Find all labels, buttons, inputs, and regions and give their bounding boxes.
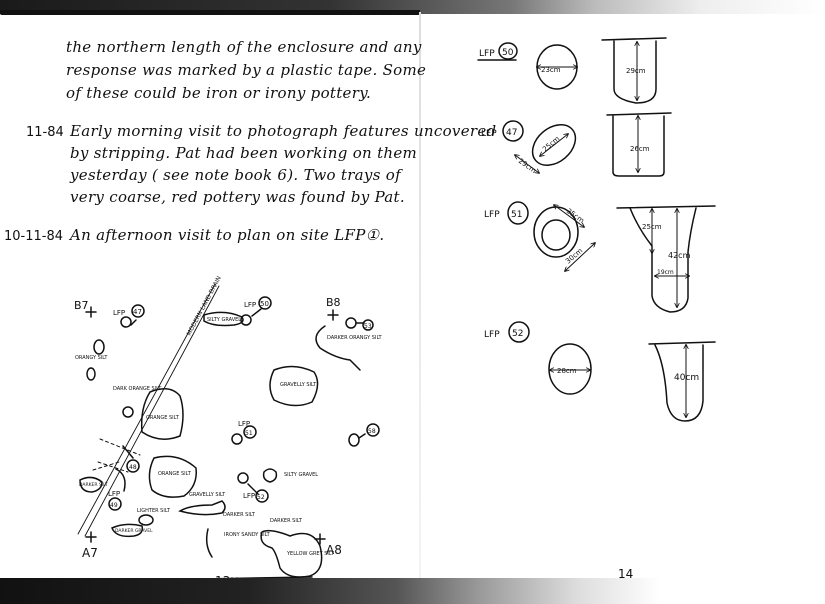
svg-text:LFP: LFP: [484, 330, 500, 340]
svg-text:DARK ORANGE SILT: DARK ORANGE SILT: [113, 386, 162, 392]
svg-text:LFP: LFP: [113, 309, 125, 317]
entry-line: yesterday ( see note book 6). Two trays …: [70, 166, 401, 185]
svg-text:26cm: 26cm: [630, 145, 650, 153]
svg-text:LFP: LFP: [484, 210, 500, 220]
soil-lighter-silt: LIGHTER SILT DARKER GRAVEL: [112, 508, 171, 536]
svg-text:28cm: 28cm: [557, 367, 577, 375]
grid-point-b7: B7: [74, 299, 96, 317]
svg-text:MODERN LAND DRAIN: MODERN LAND DRAIN: [186, 275, 223, 337]
feature-lfp-51: LFP 51: [232, 420, 256, 444]
entry-line: An afternoon visit to plan on site LFP①.: [70, 226, 384, 245]
svg-text:23cm: 23cm: [541, 66, 561, 74]
feature-lfp-52-drawing: LFP 52 28cm 40cm: [484, 322, 715, 421]
entry-date: 10-11-84: [4, 229, 63, 244]
svg-text:50: 50: [260, 300, 269, 308]
svg-text:40cm: 40cm: [674, 373, 699, 383]
soil-orange-silt-1: ORANGE SILT: [142, 389, 183, 439]
feature-lfp-50: LFP 50 SILTY GRAVEL: [204, 297, 271, 326]
svg-text:DARKER SILT: DARKER SILT: [223, 512, 256, 518]
feature-lfp-50-drawing: LFP 50 23cm 29cm: [478, 38, 666, 103]
svg-text:ORANGE SILT: ORANGE SILT: [158, 471, 192, 477]
svg-text:58: 58: [368, 428, 376, 435]
continuation-line: the northern length of the enclosure and…: [66, 38, 422, 57]
svg-text:ORANGE SILT: ORANGE SILT: [146, 415, 180, 421]
svg-text:47: 47: [506, 128, 517, 138]
svg-text:ORANGY SILT: ORANGY SILT: [75, 355, 108, 361]
feature-58: 58: [349, 424, 379, 446]
svg-text:29cm: 29cm: [626, 67, 646, 75]
feature-53: 53 DARKER ORANGY SILT: [316, 318, 383, 370]
soil-gravelly-silt: GRAVELLY SILT: [270, 366, 318, 405]
svg-text:SILTY GRAVEL: SILTY GRAVEL: [207, 317, 241, 323]
soil-orangy-silt: ORANGY SILT: [75, 340, 108, 380]
svg-text:YELLOW GREY SILT: YELLOW GREY SILT: [286, 551, 335, 557]
svg-text:DARKER ORANGY SILT: DARKER ORANGY SILT: [327, 335, 383, 341]
svg-text:LFP: LFP: [108, 490, 120, 498]
svg-text:19cm: 19cm: [657, 269, 674, 276]
svg-text:IRONY SANDY SILT: IRONY SANDY SILT: [224, 532, 271, 538]
svg-text:25cm: 25cm: [642, 223, 662, 231]
feature-lfp-52: LFP 52 SILTY GRAVEL: [238, 469, 318, 502]
svg-text:LFP: LFP: [479, 49, 495, 59]
svg-text:52: 52: [257, 494, 265, 501]
svg-text:LFP: LFP: [243, 492, 255, 500]
right-page: LFP 50 23cm 29cm LFP 47 25cm 29cm 26cm: [421, 14, 825, 580]
svg-text:LFP: LFP: [481, 129, 497, 139]
svg-text:B7: B7: [74, 299, 89, 312]
svg-text:50: 50: [502, 48, 514, 58]
entry-line: very coarse, red pottery was found by Pa…: [70, 188, 405, 207]
feature-lfp-47: LFP 47: [113, 305, 144, 327]
feature-lfp-51-drawing: LFP 51 35cm 30cm 25cm 42cm 19cm: [484, 202, 715, 312]
site-plan-sketch: B7 B8 A7 A8 MODERN LAND DRAIN LFP 47: [0, 264, 419, 580]
svg-text:GRAVELLY SILT: GRAVELLY SILT: [280, 382, 317, 388]
svg-text:35cm: 35cm: [565, 207, 586, 225]
svg-text:53: 53: [364, 323, 372, 330]
svg-text:GRAVELLY SILT: GRAVELLY SILT: [189, 492, 226, 498]
svg-text:42cm: 42cm: [668, 251, 691, 260]
svg-text:52: 52: [512, 329, 523, 339]
left-page: the northern length of the enclosure and…: [0, 14, 419, 580]
svg-text:51: 51: [511, 210, 522, 220]
svg-text:DARKER SILT: DARKER SILT: [270, 518, 303, 524]
svg-text:49: 49: [110, 502, 118, 509]
entry-line: by stripping. Pat had been working on th…: [70, 144, 417, 163]
svg-text:B8: B8: [326, 296, 341, 309]
continuation-line: response was marked by a plastic tape. S…: [66, 61, 426, 80]
svg-text:SILTY GRAVEL: SILTY GRAVEL: [284, 472, 318, 478]
feature-lfp-47-drawing: LFP 47 25cm 29cm 26cm: [481, 113, 671, 176]
entry-date: 11-84: [26, 125, 64, 140]
feature-sections-sketch: LFP 50 23cm 29cm LFP 47 25cm 29cm 26cm: [421, 14, 825, 580]
continuation-line: of these could be iron or irony pottery.: [66, 84, 371, 103]
scan-bottom-shadow: [0, 578, 825, 604]
svg-text:48: 48: [129, 464, 137, 471]
svg-text:51: 51: [245, 430, 253, 437]
svg-text:47: 47: [133, 308, 142, 316]
svg-text:LFP: LFP: [244, 301, 256, 309]
soil-yellow-grey-silt: DARKER SILT YELLOW GREY SILT: [261, 518, 335, 577]
svg-text:DARKER GRAVEL: DARKER GRAVEL: [115, 528, 153, 534]
grid-point-a7: A7: [82, 532, 98, 560]
svg-text:LIGHTER SILT: LIGHTER SILT: [137, 508, 171, 514]
grid-point-b8: B8: [326, 296, 341, 320]
svg-text:25cm: 25cm: [541, 135, 561, 154]
svg-text:A7: A7: [82, 546, 98, 560]
svg-text:DARKER SILT: DARKER SILT: [79, 482, 108, 488]
